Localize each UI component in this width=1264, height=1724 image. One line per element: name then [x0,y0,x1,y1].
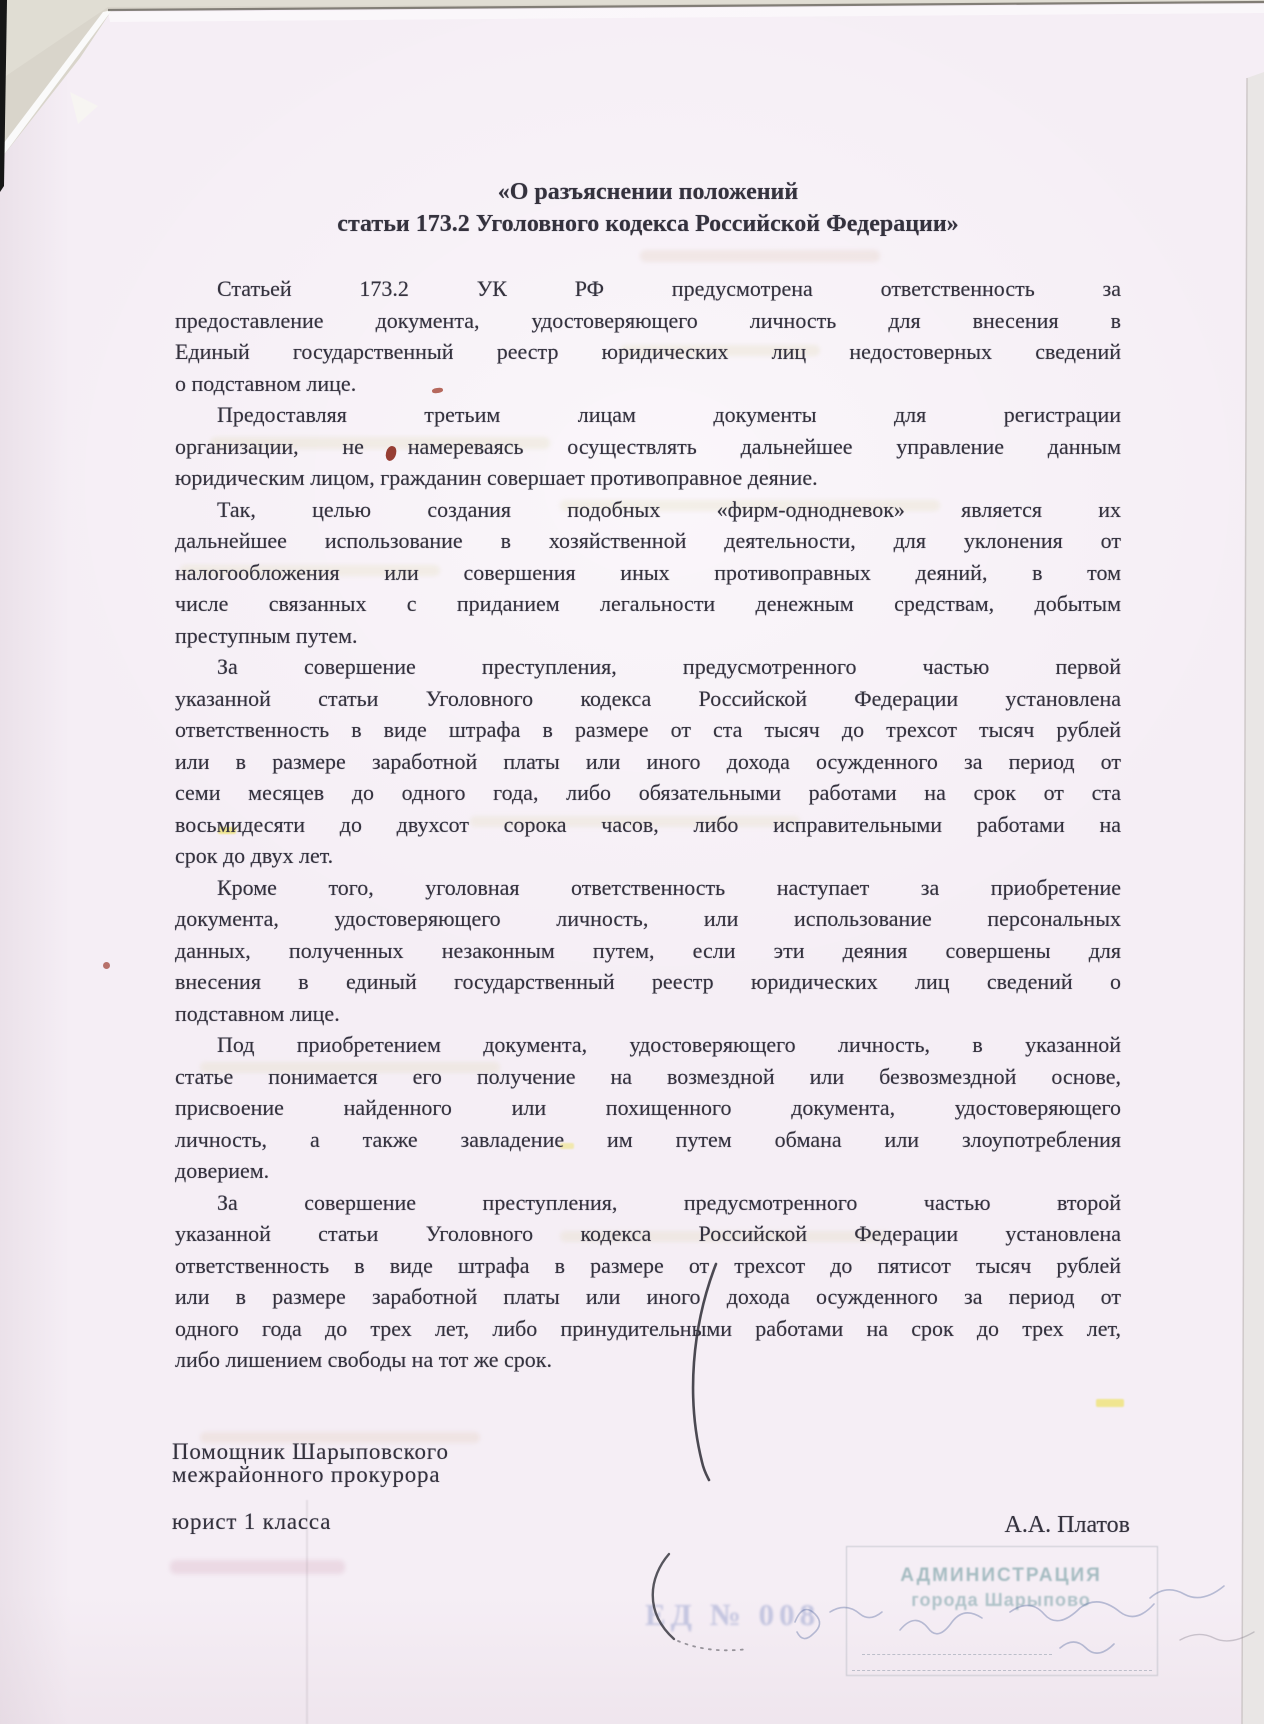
body-line: ответственность в виде штрафа в размере … [175,1250,1121,1282]
body-line: числе связанных с приданием легальности … [175,588,1121,620]
body-line: ответственность в виде штрафа в размере … [175,714,1121,746]
body-line: Кроме того, уголовная ответственность на… [175,872,1121,904]
bleedthrough-streak [640,250,880,262]
body-line: указанной статьи Уголовного кодекса Росс… [175,683,1121,715]
body-line: личность, а также завладение им путем об… [175,1124,1121,1156]
body-line: семи месяцев до одного года, либо обязат… [175,777,1121,809]
body-line: Под приобретением документа, удостоверяю… [175,1029,1121,1061]
registration-number-mark: ЕД № 008 [645,1597,820,1633]
body-line: преступным путем. [175,620,1121,652]
page-top-highlight [108,4,1264,22]
page-fold-highlight [0,10,112,160]
highlight-mark [1096,1399,1124,1407]
body-line: подставном лице. [175,998,1121,1030]
body-line: срок до двух лет. [175,840,1121,872]
signature-rank: юрист 1 класса [172,1509,331,1535]
signature-name: А.А. Платов [870,1512,1130,1539]
executor-smudge [170,1560,345,1574]
body-line: либо лишением свободы на тот же срок. [175,1344,1121,1376]
title-line: статьи 173.2 Уголовного кодекса Российск… [175,209,1121,241]
body-line: указанной статьи Уголовного кодекса Росс… [175,1218,1121,1250]
body-line: доверием. [175,1155,1121,1187]
title-line: «О разъяснении положений [175,177,1121,209]
stamp-dashed-line [862,1654,1052,1655]
body-line: данных, полученных незаконным путем, есл… [175,935,1121,967]
body-line: Предоставляя третьим лицам документы для… [175,399,1121,431]
body-line: организации, не намереваясь осуществлять… [175,431,1121,463]
signature-position: Помощник Шарыповского межрайонного проку… [172,1440,449,1486]
stamp-dashed-line [852,1670,1152,1671]
body-line: присвоение найденного или похищенного до… [175,1092,1121,1124]
body-line: налогообложения или совершения иных прот… [175,557,1121,589]
scanner-bed-corner [0,0,1264,160]
page-fold-sliver [70,92,98,124]
body-line: За совершение преступления, предусмотрен… [175,651,1121,683]
signature-position-line: межрайонного прокурора [172,1463,449,1486]
body-line: юридическим лицом, гражданин совершает п… [175,462,1121,494]
body-line: предоставление документа, удостоверяющег… [175,305,1121,337]
body-line: За совершение преступления, предусмотрен… [175,1187,1121,1219]
stamp-org-name-line2: города Шарыпово [846,1590,1156,1611]
body-line: Так, целью создания подобных «фирм-однод… [175,494,1121,526]
scanner-left-edge [0,0,7,192]
body-line: или в размере заработной платы или иного… [175,1281,1121,1313]
body-line: Статьей 173.2 УК РФ предусмотрена ответс… [175,273,1121,305]
body-line: Единый государственный реестр юридически… [175,336,1121,368]
body-line: восьмидесяти до двухсот сорока часов, ли… [175,809,1121,841]
scan-page: АДМИНИСТРАЦИЯ города Шарыпово ЕД № 008 «… [0,0,1264,1724]
body-line: документа, удостоверяющего личность, или… [175,903,1121,935]
scanner-bed-sheen [0,0,1264,80]
body-line: одного года до трех лет, либо принудител… [175,1313,1121,1345]
body-line: о подставном лице. [175,368,1121,400]
body-line: или в размере заработной платы или иного… [175,746,1121,778]
body-line: внесения в единый государственный реестр… [175,966,1121,998]
ink-speck [103,962,110,969]
page-right-edge [1242,78,1247,1724]
stamp-org-name-line1: АДМИНИСТРАЦИЯ [846,1565,1156,1587]
signature-position-line: Помощник Шарыповского [172,1440,449,1463]
body-line: статье понимается его получение на возме… [175,1061,1121,1093]
document-body: Статьей 173.2 УК РФ предусмотрена ответс… [175,273,1121,1376]
scanner-right-band [1242,72,1264,1724]
document-title: «О разъяснении положений статьи 173.2 Уг… [175,177,1121,240]
page-top-edge [108,2,1264,10]
pen-stroke-tail [678,1641,748,1650]
body-line: дальнейшее использование в хозяйственной… [175,525,1121,557]
